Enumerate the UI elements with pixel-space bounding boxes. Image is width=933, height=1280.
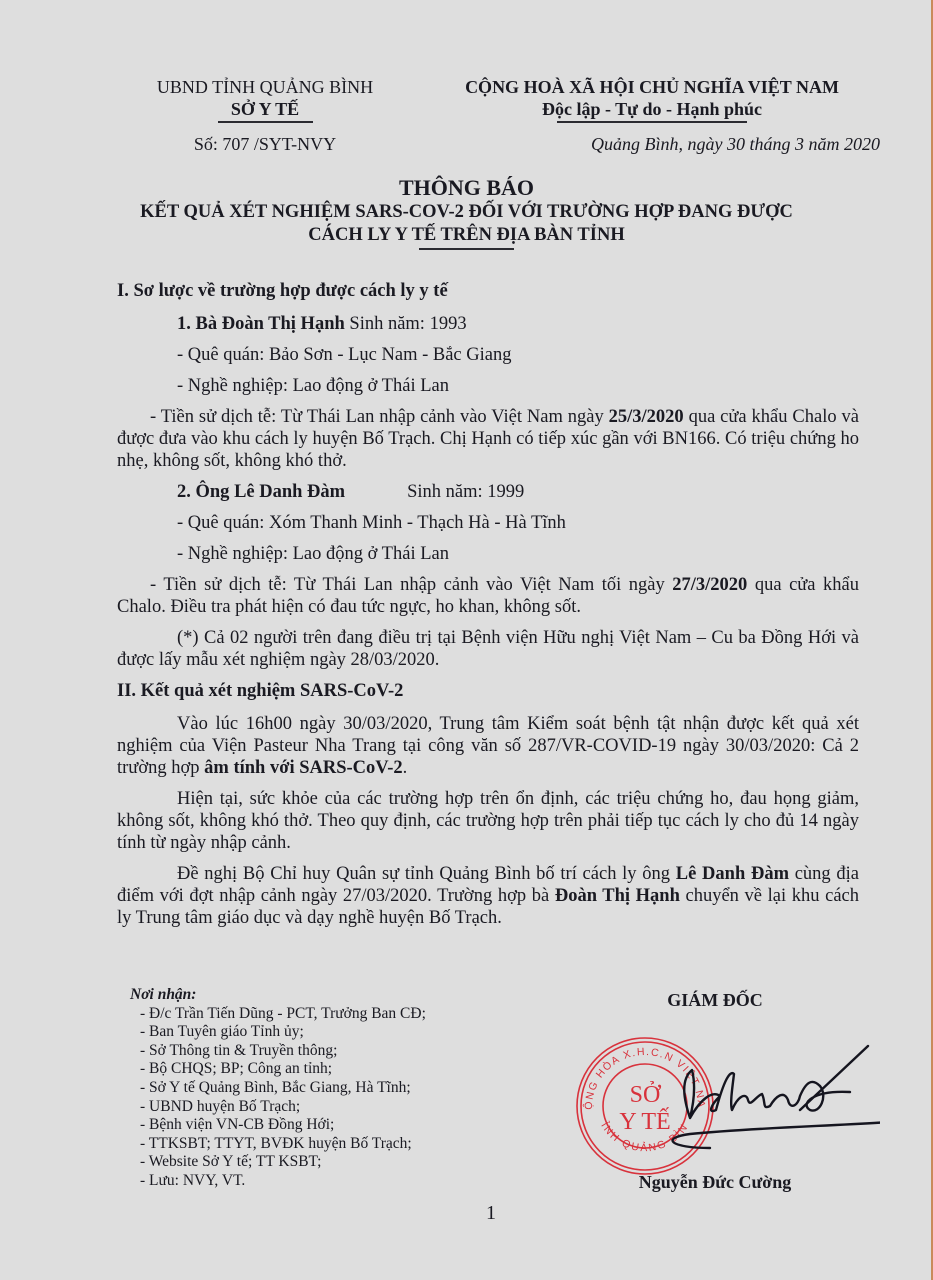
issuer-authority: UBND TỈNH QUẢNG BÌNH (130, 76, 400, 98)
recipient-item: - TTKSBT; TTYT, BVĐK huyện Bố Trạch; (130, 1135, 510, 1154)
recipient-item: - Bộ CHQS; BP; Công an tỉnh; (130, 1060, 510, 1079)
issuer-block: UBND TỈNH QUẢNG BÌNH SỞ Y TẾ (130, 76, 400, 129)
case-1-name: Đoàn Thị Hạnh (222, 314, 345, 334)
recipient-item: - Đ/c Trần Tiến Dũng - PCT, Trưởng Ban C… (130, 1005, 510, 1024)
case-2-hometown: - Quê quán: Xóm Thanh Minh - Thạch Hà - … (117, 512, 859, 534)
treatment-note: (*) Cả 02 người trên đang điều trị tại B… (117, 627, 859, 671)
recipient-item: - Lưu: NVY, VT. (130, 1172, 510, 1191)
signature-block: GIÁM ĐỐC CỘNG HÒA X.H.C.N VIỆT NAM TỈNH … (560, 990, 860, 1011)
divider (419, 248, 514, 250)
recommendation-paragraph: Đề nghị Bộ Chỉ huy Quân sự tỉnh Quảng Bì… (117, 863, 859, 929)
issuer-department: SỞ Y TẾ (130, 98, 400, 120)
place-date: Quảng Bình, ngày 30 tháng 3 năm 2020 (500, 134, 880, 155)
section-2-heading: II. Kết quả xét nghiệm SARS-CoV-2 (117, 680, 859, 702)
recipient-item: - Sở Thông tin & Truyền thông; (130, 1042, 510, 1061)
case-1-job: - Nghề nghiệp: Lao động ở Thái Lan (117, 375, 859, 397)
case-2-job: - Nghề nghiệp: Lao động ở Thái Lan (117, 543, 859, 565)
recipient-item: - Ban Tuyên giáo Tỉnh ủy; (130, 1023, 510, 1042)
case-1-title: 1. Bà Đoàn Thị Hạnh Sinh năm: 1993 (117, 313, 859, 335)
recipient-item: - Sở Y tế Quảng Bình, Bắc Giang, Hà Tĩnh… (130, 1079, 510, 1098)
signer-role: GIÁM ĐỐC (570, 990, 860, 1011)
divider (557, 121, 747, 123)
document-body: I. Sơ lược về trường hợp được cách ly y … (117, 280, 859, 938)
recipients-block: Nơi nhận: - Đ/c Trần Tiến Dũng - PCT, Tr… (130, 986, 510, 1191)
title-line-2: CÁCH LY Y TẾ TRÊN ĐỊA BÀN TỈNH (100, 224, 833, 247)
recipients-title: Nơi nhận: (130, 986, 510, 1005)
title-main: THÔNG BÁO (100, 175, 833, 201)
health-status-paragraph: Hiện tại, sức khỏe của các trường hợp tr… (117, 788, 859, 854)
case-1-hometown: - Quê quán: Bảo Sơn - Lục Nam - Bắc Gian… (117, 344, 859, 366)
recipient-item: - UBND huyện Bố Trạch; (130, 1098, 510, 1117)
handwritten-signature-icon (650, 1030, 880, 1150)
page-number: 1 (466, 1202, 516, 1225)
document-number: Số: 707 /SYT-NVY (130, 134, 400, 155)
result-paragraph: Vào lúc 16h00 ngày 30/03/2020, Trung tâm… (117, 713, 859, 779)
recipient-item: - Bệnh viện VN-CB Đồng Hới; (130, 1116, 510, 1135)
national-motto: Độc lập - Tự do - Hạnh phúc (432, 98, 872, 120)
case-1-history: - Tiền sử dịch tễ: Từ Thái Lan nhập cảnh… (117, 406, 859, 472)
section-1-heading: I. Sơ lược về trường hợp được cách ly y … (117, 280, 859, 302)
document-title: THÔNG BÁO KẾT QUẢ XÉT NGHIỆM SARS-COV-2 … (100, 175, 833, 250)
recipient-item: - Website Sở Y tế; TT KSBT; (130, 1153, 510, 1172)
case-2-title: 2. Ông Lê Danh ĐàmSinh năm: 1999 (117, 481, 859, 503)
country-name: CỘNG HOÀ XÃ HỘI CHỦ NGHĨA VIỆT NAM (432, 76, 872, 98)
divider (218, 121, 313, 123)
signer-name: Nguyễn Đức Cường (570, 1172, 860, 1193)
case-2-history: - Tiền sử dịch tễ: Từ Thái Lan nhập cảnh… (117, 574, 859, 618)
case-2-name: Lê Danh Đàm (234, 482, 345, 502)
recipients-list: - Đ/c Trần Tiến Dũng - PCT, Trưởng Ban C… (130, 1005, 510, 1191)
national-header: CỘNG HOÀ XÃ HỘI CHỦ NGHĨA VIỆT NAM Độc l… (432, 76, 872, 129)
title-line-1: KẾT QUẢ XÉT NGHIỆM SARS-COV-2 ĐỐI VỚI TR… (100, 201, 833, 224)
